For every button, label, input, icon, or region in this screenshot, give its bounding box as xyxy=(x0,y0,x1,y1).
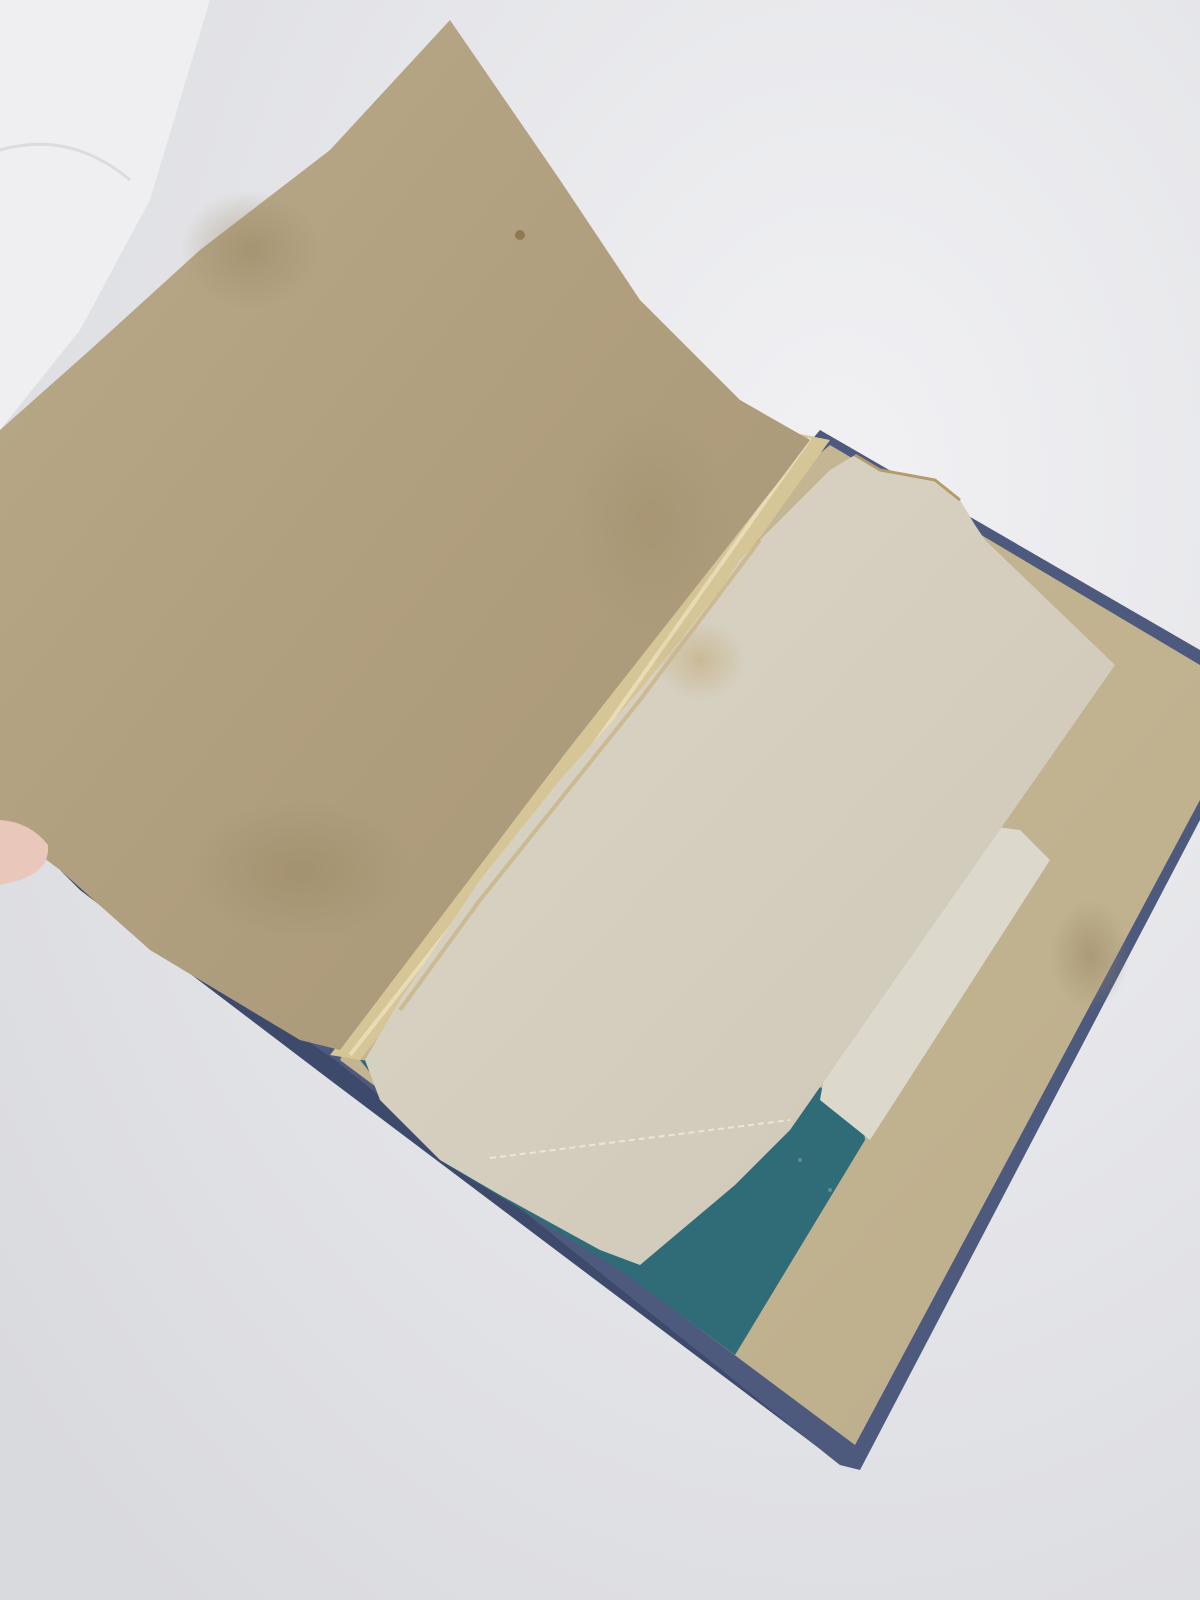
photo-scene xyxy=(0,0,1200,1600)
